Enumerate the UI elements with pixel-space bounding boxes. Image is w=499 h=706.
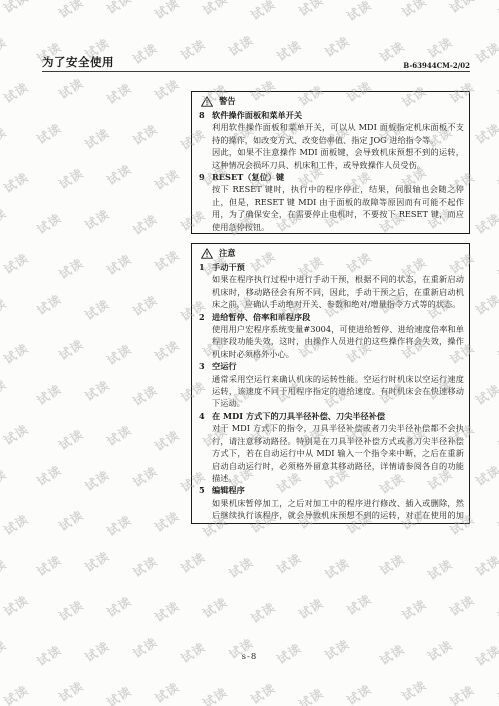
watermark-text: 试读 [0,465,10,493]
watermark-text: 试读 [177,548,208,576]
page-header: 为了安全使用 B-63944CM-2/02 [42,50,470,72]
caution-triangle-icon [201,248,213,259]
watermark-text: 试读 [0,78,31,106]
watermark-text: 试读 [446,0,477,17]
watermark-text: 试读 [81,547,112,575]
notice-item-content: 在 MDI 方式下的刀具半径补偿、刀尖半径补偿 对于 MDI 方式下的指令，刀具… [212,410,464,484]
document-number: B-63944CM-2/02 [403,61,470,71]
watermark-text: 试读 [33,461,64,489]
watermark-text: 试读 [0,168,31,196]
watermark-text: 试读 [494,425,499,453]
watermark-text: 试读 [273,549,304,577]
watermark-text: 试读 [103,0,134,18]
watermark-text: 试读 [199,683,230,706]
watermark-text: 试读 [247,598,278,626]
watermark-text: 试读 [472,119,499,147]
watermark-text: 试读 [398,0,429,21]
watermark-text: 试读 [55,254,86,282]
notice-item-number: 2 [198,311,212,361]
watermark-text: 试读 [129,462,160,490]
watermark-text: 试读 [472,461,499,489]
watermark-text: 试读 [129,552,160,580]
watermark-text: 试读 [494,0,499,22]
watermark-text: 试读 [424,555,455,583]
watermark-text: 试读 [151,165,182,193]
watermark-text: 试读 [494,254,499,282]
watermark-text: 试读 [103,79,134,107]
page-footer: s-8 [0,652,499,662]
watermark-text: 试读 [295,594,326,622]
notice-item: 1 手动干预 如果在程序执行过程中进行手动干预，根据不同的状态，在重新启动机床时… [198,261,464,311]
watermark-text: 试读 [0,33,10,61]
watermark-text: 试读 [129,291,160,319]
warning-box-items: 8 软件操作面板和菜单开关 利用软件操作面板和菜单开关，可以从 MDI 面板指定… [198,109,464,233]
watermark-text: 试读 [494,335,499,363]
notice-item-content: 手动干预 如果在程序执行过程中进行手动干预，根据不同的状态，在重新启动机床时，移… [212,261,464,311]
notice-item-title: 编辑程序 [212,484,464,496]
watermark-text: 试读 [55,677,86,705]
watermark-text: 试读 [0,420,31,448]
caution-box-title: 注意 [219,247,236,259]
notice-item-paragraph: 利用软件操作面板和菜单开关，可以从 MDI 面板指定机床面板不支持的操作，如改变… [212,121,464,146]
watermark-text: 试读 [0,294,10,322]
warning-triangle-icon [201,96,213,107]
warning-box: 警告 8 软件操作面板和菜单开关 利用软件操作面板和菜单开关，可以从 MDI 面… [191,91,470,234]
document-page: 试读试读试读试读试读试读试读试读试读试读试读试读试读试读试读试读试读试读试读试读… [0,0,499,706]
watermark-text: 试读 [55,74,86,102]
notice-item-paragraph: 如果在程序执行过程中进行手动干预，根据不同的状态，在重新启动机床时，移动路径会有… [212,273,464,310]
watermark-text: 试读 [151,0,182,23]
watermark-text: 试读 [494,596,499,624]
notice-item-number: 8 [198,109,212,171]
watermark-text: 试读 [199,0,230,19]
watermark-text: 试读 [0,204,10,232]
watermark-text: 试读 [151,336,182,364]
notice-item-paragraph: 对于 MDI 方式下的指令，刀具半径补偿或者刀尖半径补偿都不会执行，请注意移动路… [212,422,464,484]
watermark-text: 试读 [247,0,278,24]
watermark-text: 试读 [0,249,31,277]
watermark-text: 试读 [0,681,31,706]
notice-item-paragraph: 因此，如果不注意操作 MDI 面板键，会导致机床预想不到的运转，这种情况会损坏刀… [212,146,464,171]
watermark-text: 试读 [295,684,326,706]
warning-box-header: 警告 [198,95,464,108]
notice-item: 9 RESET（复位）键 按下 RESET 键时，执行中的程序停止，结果，伺服轴… [198,171,464,233]
watermark-text: 试读 [55,506,86,534]
notice-item: 8 软件操作面板和菜单开关 利用软件操作面板和菜单开关，可以从 MDI 面板指定… [198,109,464,171]
watermark-text: 试读 [446,681,477,706]
notice-item-title: RESET（复位）键 [212,171,464,183]
notice-item-number: 9 [198,171,212,233]
watermark-text: 试读 [33,119,64,147]
notice-item-paragraph: 按下 RESET 键时，执行中的程序停止，结果，伺服轴也会随之停止，但是，RES… [212,183,464,233]
watermark-text: 试读 [494,164,499,192]
notice-item-content: 空运行 通常采用空运行来确认机床的运转性能。空运行时机床以空运行速度运转，该速度… [212,360,464,410]
watermark-text: 试读 [472,380,499,408]
watermark-text: 试读 [199,593,230,621]
watermark-text: 试读 [151,597,182,625]
notice-item-number: 4 [198,410,212,484]
caution-box: 注意 1 手动干预 如果在程序执行过程中进行手动干预，根据不同的状态，在重新启动… [191,243,470,524]
notice-item-content: 进给暂停、倍率和单程序段 使用用户宏程序系统变量#3004，可使进给暂停、进给速… [212,311,464,361]
watermark-text: 试读 [0,0,31,17]
watermark-text: 试读 [376,550,407,578]
watermark-text: 试读 [494,74,499,102]
watermark-text: 试读 [55,164,86,192]
watermark-text: 试读 [151,507,182,535]
notice-item-title: 进给暂停、倍率和单程序段 [212,311,464,323]
watermark-text: 试读 [446,591,477,619]
notice-item-content: RESET（复位）键 按下 RESET 键时，执行中的程序停止，结果，伺服轴也会… [212,171,464,233]
watermark-text: 试读 [103,160,134,188]
notice-item-content: 软件操作面板和菜单开关 利用软件操作面板和菜单开关，可以从 MDI 面板指定机床… [212,109,464,171]
warning-box-title: 警告 [219,95,236,107]
watermark-text: 试读 [398,595,429,623]
watermark-text: 试读 [321,554,352,582]
caution-box-header: 注意 [198,247,464,260]
watermark-text: 试读 [33,209,64,237]
notice-item-number: 3 [198,360,212,410]
watermark-text: 试读 [494,677,499,705]
watermark-text: 试读 [81,205,112,233]
watermark-text: 试读 [343,0,374,25]
watermark-text: 试读 [103,340,134,368]
watermark-text: 试读 [0,339,31,367]
notice-item: 4 在 MDI 方式下的刀具半径补偿、刀尖半径补偿 对于 MDI 方式下的指令，… [198,410,464,484]
watermark-text: 试读 [103,511,134,539]
watermark-text: 试读 [343,680,374,706]
notice-item-title: 空运行 [212,360,464,372]
watermark-text: 试读 [33,290,64,318]
notice-item-title: 手动干预 [212,261,464,273]
watermark-text: 试读 [472,38,499,66]
notice-item: 2 进给暂停、倍率和单程序段 使用用户宏程序系统变量#3004，可使进给暂停、进… [198,311,464,361]
watermark-text: 试读 [151,75,182,103]
caution-box-items: 1 手动干预 如果在程序执行过程中进行手动干预，根据不同的状态，在重新启动机床时… [198,261,464,524]
watermark-text: 试读 [0,123,10,151]
notice-item: 5 编辑程序 如果机床暂停加工，之后对加工中的程序进行修改、插入或删除，然后继续… [198,484,464,524]
page-title: 为了安全使用 [42,54,114,71]
watermark-text: 试读 [33,380,64,408]
watermark-text: 试读 [55,0,86,22]
notice-item: 3 空运行 通常采用空运行来确认机床的运转性能。空运行时机床以空运行速度运转，该… [198,360,464,410]
notice-item-number: 1 [198,261,212,311]
watermark-text: 试读 [398,676,429,704]
watermark-text: 试读 [494,506,499,534]
notice-item-title: 软件操作面板和菜单开关 [212,109,464,121]
watermark-text: 试读 [472,290,499,318]
watermark-text: 试读 [103,592,134,620]
watermark-text: 试读 [103,421,134,449]
watermark-text: 试读 [343,590,374,618]
notice-item-paragraph: 如果机床暂停加工，之后对加工中的程序进行修改、插入或删除，然后继续执行该程序，就… [212,497,464,524]
notice-item-paragraph: 通常采用空运行来确认机床的运转性能。空运行时机床以空运行速度运转，该速度不同于用… [212,373,464,410]
notice-item-title: 在 MDI 方式下的刀具半径补偿、刀尖半径补偿 [212,410,464,422]
watermark-text: 试读 [247,679,278,706]
watermark-text: 试读 [151,246,182,274]
notice-item-paragraph: 使用用户宏程序系统变量#3004，可使进给暂停、进给速度倍率和单程序段功能失效，… [212,323,464,360]
watermark-text: 试读 [295,0,326,20]
watermark-text: 试读 [472,209,499,237]
watermark-text: 试读 [129,381,160,409]
notice-item-content: 编辑程序 如果机床暂停加工，之后对加工中的程序进行修改、插入或删除，然后继续执行… [212,484,464,524]
watermark-text: 试读 [151,426,182,454]
watermark-text: 试读 [103,682,134,706]
watermark-text: 试读 [81,295,112,323]
watermark-text: 试读 [81,376,112,404]
watermark-text: 试读 [81,124,112,152]
watermark-text: 试读 [151,678,182,706]
watermark-text: 试读 [55,425,86,453]
watermark-text: 试读 [55,335,86,363]
watermark-text: 试读 [103,250,134,278]
watermark-text: 试读 [129,210,160,238]
watermark-text: 试读 [0,591,31,619]
watermark-text: 试读 [0,510,31,538]
watermark-text: 试读 [472,551,499,579]
watermark-text: 试读 [129,120,160,148]
watermark-text: 试读 [33,551,64,579]
watermark-text: 试读 [0,375,10,403]
watermark-text: 试读 [225,553,256,581]
watermark-text: 试读 [0,555,10,583]
watermark-text: 试读 [81,466,112,494]
notice-item-number: 5 [198,484,212,524]
watermark-text: 试读 [55,596,86,624]
page-number: s-8 [242,652,258,662]
